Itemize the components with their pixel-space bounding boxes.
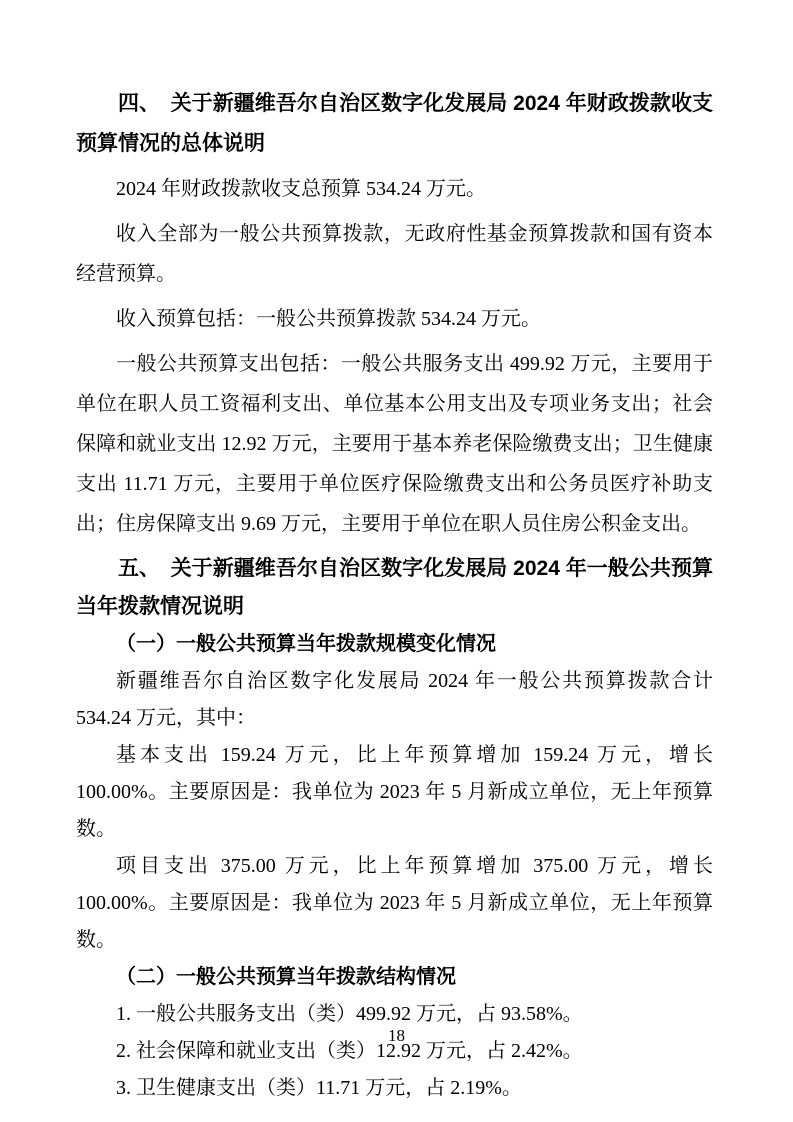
- section-four: 四、 关于新疆维吾尔自治区数字化发展局 2024 年财政拨款收支预算情况的总体说…: [76, 84, 713, 544]
- subsection-one-paragraph-total: 新疆维吾尔自治区数字化发展局 2024 年一般公共预算拨款合计 534.24 万…: [76, 663, 713, 737]
- section-four-paragraph-income-source: 收入全部为一般公共预算拨款，无政府性基金预算拨款和国有资本经营预算。: [76, 214, 713, 294]
- document-content: 四、 关于新疆维吾尔自治区数字化发展局 2024 年财政拨款收支预算情况的总体说…: [0, 0, 793, 1107]
- section-four-paragraph-expenditure-detail: 一般公共预算支出包括：一般公共服务支出 499.92 万元，主要用于单位在职人员…: [76, 344, 713, 544]
- section-four-paragraph-income-budget: 收入预算包括：一般公共预算拨款 534.24 万元。: [76, 299, 713, 339]
- structure-list-item-health: 3. 卫生健康支出（类）11.71 万元，占 2.19%。: [76, 1070, 713, 1107]
- section-five-heading: 五、 关于新疆维吾尔自治区数字化发展局 2024 年一般公共预算当年拨款情况说明: [76, 550, 713, 626]
- page-number: 18: [0, 1026, 793, 1046]
- section-five: 五、 关于新疆维吾尔自治区数字化发展局 2024 年一般公共预算当年拨款情况说明…: [76, 550, 713, 1107]
- subsection-two-heading: （二）一般公共预算当年拨款结构情况: [76, 959, 713, 996]
- subsection-one-paragraph-basic-expenditure: 基本支出 159.24 万元，比上年预算增加 159.24 万元，增长 100.…: [76, 737, 713, 848]
- section-four-heading: 四、 关于新疆维吾尔自治区数字化发展局 2024 年财政拨款收支预算情况的总体说…: [76, 84, 713, 164]
- subsection-one-heading: （一）一般公共预算当年拨款规模变化情况: [76, 626, 713, 663]
- subsection-one-paragraph-project-expenditure: 项目支出 375.00 万元，比上年预算增加 375.00 万元，增长 100.…: [76, 848, 713, 959]
- section-four-paragraph-total-budget: 2024 年财政拨款收支总预算 534.24 万元。: [76, 169, 713, 209]
- document-page: 四、 关于新疆维吾尔自治区数字化发展局 2024 年财政拨款收支预算情况的总体说…: [0, 0, 793, 1122]
